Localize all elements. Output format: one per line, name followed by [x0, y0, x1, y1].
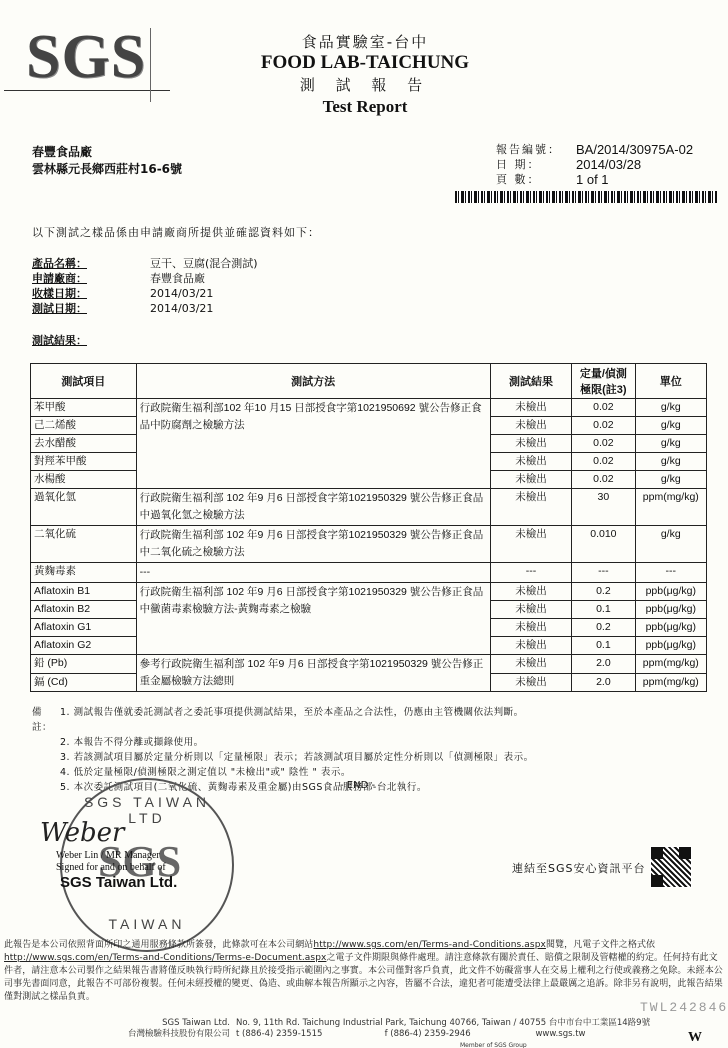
- note-prefix: [32, 765, 60, 780]
- signed-for: Signed for and on behalf of: [56, 862, 166, 874]
- note-text: 2. 本報告不得分離或擷錄使用。: [60, 735, 204, 750]
- lab-header: 食品實驗室-台中 FOOD LAB-TAICHUNG 測 試 報 告 Test …: [230, 32, 500, 118]
- sample-info: 產品名稱：豆干、豆腐(混合測試)申請廠商：春豐食品廠收樣日期：2014/03/2…: [32, 256, 258, 316]
- test-limit: 0.1: [572, 637, 635, 655]
- test-limit: 0.02: [572, 435, 635, 453]
- note-item: 4. 低於定量極限/偵測極限之測定值以 "未檢出"或" 陰性 " 表示。: [32, 765, 534, 780]
- sample-info-label: 產品名稱：: [32, 256, 150, 271]
- sample-info-row: 申請廠商：春豐食品廠: [32, 271, 258, 286]
- test-unit: ppm(mg/kg): [635, 489, 706, 526]
- test-unit: g/kg: [635, 435, 706, 453]
- member-of-sgs-group: Member of SGS Group: [460, 1042, 527, 1048]
- header-unit: 單位: [635, 364, 706, 399]
- page-count: 1 of 1: [576, 172, 609, 187]
- test-item: 對羥苯甲酸: [31, 453, 137, 471]
- seal-bottom-text: TAIWAN: [62, 916, 232, 932]
- test-limit: 0.2: [572, 583, 635, 601]
- test-item: Aflatoxin B1: [31, 583, 137, 601]
- note-prefix: 備註：: [32, 705, 60, 735]
- test-unit: g/kg: [635, 399, 706, 417]
- handwritten-signature: Weber: [40, 818, 124, 848]
- signer-block: Weber Lin / MR Manager Signed for and on…: [56, 850, 166, 874]
- test-unit: ppb(μg/kg): [635, 583, 706, 601]
- test-item: Aflatoxin G2: [31, 637, 137, 655]
- results-title: 測試結果：: [32, 332, 87, 348]
- sample-info-value: 春豐食品廠: [150, 271, 205, 286]
- table-row: 二氧化硫行政院衛生福利部 102 年9 月6 日部授食字第1021950329 …: [31, 526, 707, 563]
- results-table: 測試項目 測試方法 測試結果 定量/偵測極限(註3) 單位 苯甲酸行政院衛生福利…: [30, 363, 707, 692]
- test-result: ---: [490, 563, 571, 583]
- barcode: [455, 191, 717, 203]
- sample-info-row: 產品名稱：豆干、豆腐(混合測試): [32, 256, 258, 271]
- logo-vertical-divider: [150, 28, 151, 102]
- report-date: 2014/03/28: [576, 157, 641, 172]
- test-result: 未檢出: [490, 526, 571, 563]
- test-result: 未檢出: [490, 417, 571, 435]
- test-item: 去水醋酸: [31, 435, 137, 453]
- test-result: 未檢出: [490, 619, 571, 637]
- footer-fax: f (886-4) 2359-2946: [385, 1029, 471, 1039]
- test-result: 未檢出: [490, 601, 571, 619]
- test-item: 二氧化硫: [31, 526, 137, 563]
- date-label: 日 期：: [496, 157, 576, 172]
- note-item: 3. 若該測試項目屬於定量分析則以「定量極限」表示；若該測試項目屬於定性分析則以…: [32, 750, 534, 765]
- sample-info-label: 申請廠商：: [32, 271, 150, 286]
- footer-phone: t (886-4) 2359-1515: [236, 1029, 322, 1039]
- test-result: 未檢出: [490, 471, 571, 489]
- table-row: 過氧化氫行政院衛生福利部 102 年9 月6 日部授食字第1021950329 …: [31, 489, 707, 526]
- note-item: 備註：1. 測試報告僅就委託測試者之委託事項提供測試結果，至於本產品之合法性，仍…: [32, 705, 534, 735]
- footer-company-cn: 台灣檢驗科技股份有限公司: [70, 1029, 230, 1040]
- sample-info-value: 豆干、豆腐(混合測試): [150, 256, 258, 271]
- test-result: 未檢出: [490, 655, 571, 674]
- test-item: 水楊酸: [31, 471, 137, 489]
- footer-website[interactable]: www.sgs.tw: [535, 1029, 585, 1039]
- signer-company: SGS Taiwan Ltd.: [60, 874, 177, 891]
- note-prefix: [32, 780, 60, 795]
- test-unit: ppm(mg/kg): [635, 655, 706, 674]
- test-method: ---: [136, 563, 490, 583]
- test-method: 參考行政院衛生福利部 102 年9 月6 日部授食字第1021950329 號公…: [136, 655, 490, 692]
- test-item: Aflatoxin B2: [31, 601, 137, 619]
- report-no: BA/2014/30975A-02: [576, 142, 693, 157]
- test-result: 未檢出: [490, 637, 571, 655]
- test-limit: 0.02: [572, 399, 635, 417]
- test-limit: 30: [572, 489, 635, 526]
- signer-name: Weber Lin / MR Manager: [56, 850, 166, 862]
- client-address: 雲林縣元長鄉西莊村16-6號: [32, 161, 182, 178]
- test-limit: ---: [572, 563, 635, 583]
- test-method: 行政院衛生福利部102 年10 月15 日部授食字第1021950692 號公告…: [136, 399, 490, 489]
- sample-info-row: 收樣日期：2014/03/21: [32, 286, 258, 301]
- table-row: 苯甲酸行政院衛生福利部102 年10 月15 日部授食字第1021950692 …: [31, 399, 707, 417]
- header-limit: 定量/偵測極限(註3): [572, 364, 635, 399]
- test-limit: 0.02: [572, 453, 635, 471]
- sample-info-label: 測試日期：: [32, 301, 150, 316]
- test-limit: 2.0: [572, 655, 635, 674]
- disclaimer-text-2: 閱覽，凡電子文件之格式依: [546, 940, 655, 950]
- note-prefix: [32, 750, 60, 765]
- client-block: 春豐食品廠 雲林縣元長鄉西莊村16-6號: [32, 144, 182, 178]
- report-meta: 報告編號： BA/2014/30975A-02 日 期： 2014/03/28 …: [496, 142, 693, 187]
- client-name: 春豐食品廠: [32, 144, 182, 161]
- sgs-logo: SGS: [26, 28, 142, 91]
- disclaimer-text-1: 此報告是本公司依照背面所印之通用服務條款所簽發，此條款可在本公司網站: [4, 940, 313, 950]
- report-no-label: 報告編號：: [496, 142, 576, 157]
- note-text: 1. 測試報告僅就委託測試者之委託事項提供測試結果，至於本產品之合法性，仍應由主…: [60, 705, 524, 735]
- logo-divider: [4, 90, 170, 91]
- page-label: 頁 數：: [496, 172, 576, 187]
- table-header-row: 測試項目 測試方法 測試結果 定量/偵測極限(註3) 單位: [31, 364, 707, 399]
- test-unit: g/kg: [635, 417, 706, 435]
- sample-info-row: 測試日期：2014/03/21: [32, 301, 258, 316]
- test-method: 行政院衛生福利部 102 年9 月6 日部授食字第1021950329 號公告修…: [136, 489, 490, 526]
- doc-type-en: Test Report: [230, 96, 500, 118]
- test-method: 行政院衛生福利部 102 年9 月6 日部授食字第1021950329 號公告修…: [136, 583, 490, 655]
- test-result: 未檢出: [490, 673, 571, 692]
- header-test-item: 測試項目: [31, 364, 137, 399]
- test-item: 黃麴毒素: [31, 563, 137, 583]
- notes: 備註：1. 測試報告僅就委託測試者之委託事項提供測試結果，至於本產品之合法性，仍…: [32, 705, 534, 795]
- serial-number: TWL2428467: [640, 1000, 728, 1015]
- lab-name-en: FOOD LAB-TAICHUNG: [230, 52, 500, 74]
- header-test-result: 測試結果: [490, 364, 571, 399]
- test-limit: 2.0: [572, 673, 635, 692]
- sample-info-label: 收樣日期：: [32, 286, 150, 301]
- test-item: 鉛 (Pb): [31, 655, 137, 674]
- footer-company-en: SGS Taiwan Ltd.: [70, 1018, 230, 1029]
- note-item: 2. 本報告不得分離或擷錄使用。: [32, 735, 534, 750]
- footer-address: No. 9, 11th Rd. Taichung Industrial Park…: [236, 1018, 728, 1029]
- test-result: 未檢出: [490, 583, 571, 601]
- table-row: 鉛 (Pb)參考行政院衛生福利部 102 年9 月6 日部授食字第1021950…: [31, 655, 707, 674]
- test-result: 未檢出: [490, 453, 571, 471]
- table-row: 黃麴毒素------------: [31, 563, 707, 583]
- test-result: 未檢出: [490, 435, 571, 453]
- terms-e-document-link[interactable]: http://www.sgs.com/en/Terms-and-Conditio…: [4, 953, 326, 963]
- lab-name-cn: 食品實驗室-台中: [230, 32, 500, 52]
- terms-link[interactable]: http://www.sgs.com/en/Terms-and-Conditio…: [313, 940, 546, 950]
- header-test-method: 測試方法: [136, 364, 490, 399]
- sample-info-value: 2014/03/21: [150, 301, 213, 316]
- test-item: 苯甲酸: [31, 399, 137, 417]
- test-limit: 0.010: [572, 526, 635, 563]
- test-unit: g/kg: [635, 471, 706, 489]
- test-item: 鎘 (Cd): [31, 673, 137, 692]
- test-unit: g/kg: [635, 526, 706, 563]
- qr-caption: 連結至SGS安心資訊平台: [512, 860, 646, 876]
- test-unit: ppb(μg/kg): [635, 637, 706, 655]
- test-unit: ppb(μg/kg): [635, 619, 706, 637]
- test-limit: 0.2: [572, 619, 635, 637]
- test-unit: ppb(μg/kg): [635, 601, 706, 619]
- test-item: Aflatoxin G1: [31, 619, 137, 637]
- intro-text: 以下測試之樣品係由申請廠商所提供並確認資料如下：: [32, 224, 320, 240]
- w-mark-icon: W: [688, 1030, 702, 1046]
- qr-code-icon[interactable]: [650, 846, 692, 888]
- doc-type-cn: 測 試 報 告: [230, 74, 500, 96]
- test-result: 未檢出: [490, 489, 571, 526]
- test-item: 過氧化氫: [31, 489, 137, 526]
- test-limit: 0.02: [572, 417, 635, 435]
- end-mark: - END -: [340, 780, 375, 791]
- test-item: 己二烯酸: [31, 417, 137, 435]
- sample-info-value: 2014/03/21: [150, 286, 213, 301]
- note-prefix: [32, 735, 60, 750]
- table-row: Aflatoxin B1行政院衛生福利部 102 年9 月6 日部授食字第102…: [31, 583, 707, 601]
- note-text: 4. 低於定量極限/偵測極限之測定值以 "未檢出"或" 陰性 " 表示。: [60, 765, 351, 780]
- test-unit: g/kg: [635, 453, 706, 471]
- test-result: 未檢出: [490, 399, 571, 417]
- note-text: 3. 若該測試項目屬於定量分析則以「定量極限」表示；若該測試項目屬於定性分析則以…: [60, 750, 534, 765]
- test-limit: 0.02: [572, 471, 635, 489]
- test-method: 行政院衛生福利部 102 年9 月6 日部授食字第1021950329 號公告修…: [136, 526, 490, 563]
- disclaimer: 此報告是本公司依照背面所印之通用服務條款所簽發，此條款可在本公司網站http:/…: [4, 939, 724, 1004]
- test-unit: ppm(mg/kg): [635, 673, 706, 692]
- test-limit: 0.1: [572, 601, 635, 619]
- test-unit: ---: [635, 563, 706, 583]
